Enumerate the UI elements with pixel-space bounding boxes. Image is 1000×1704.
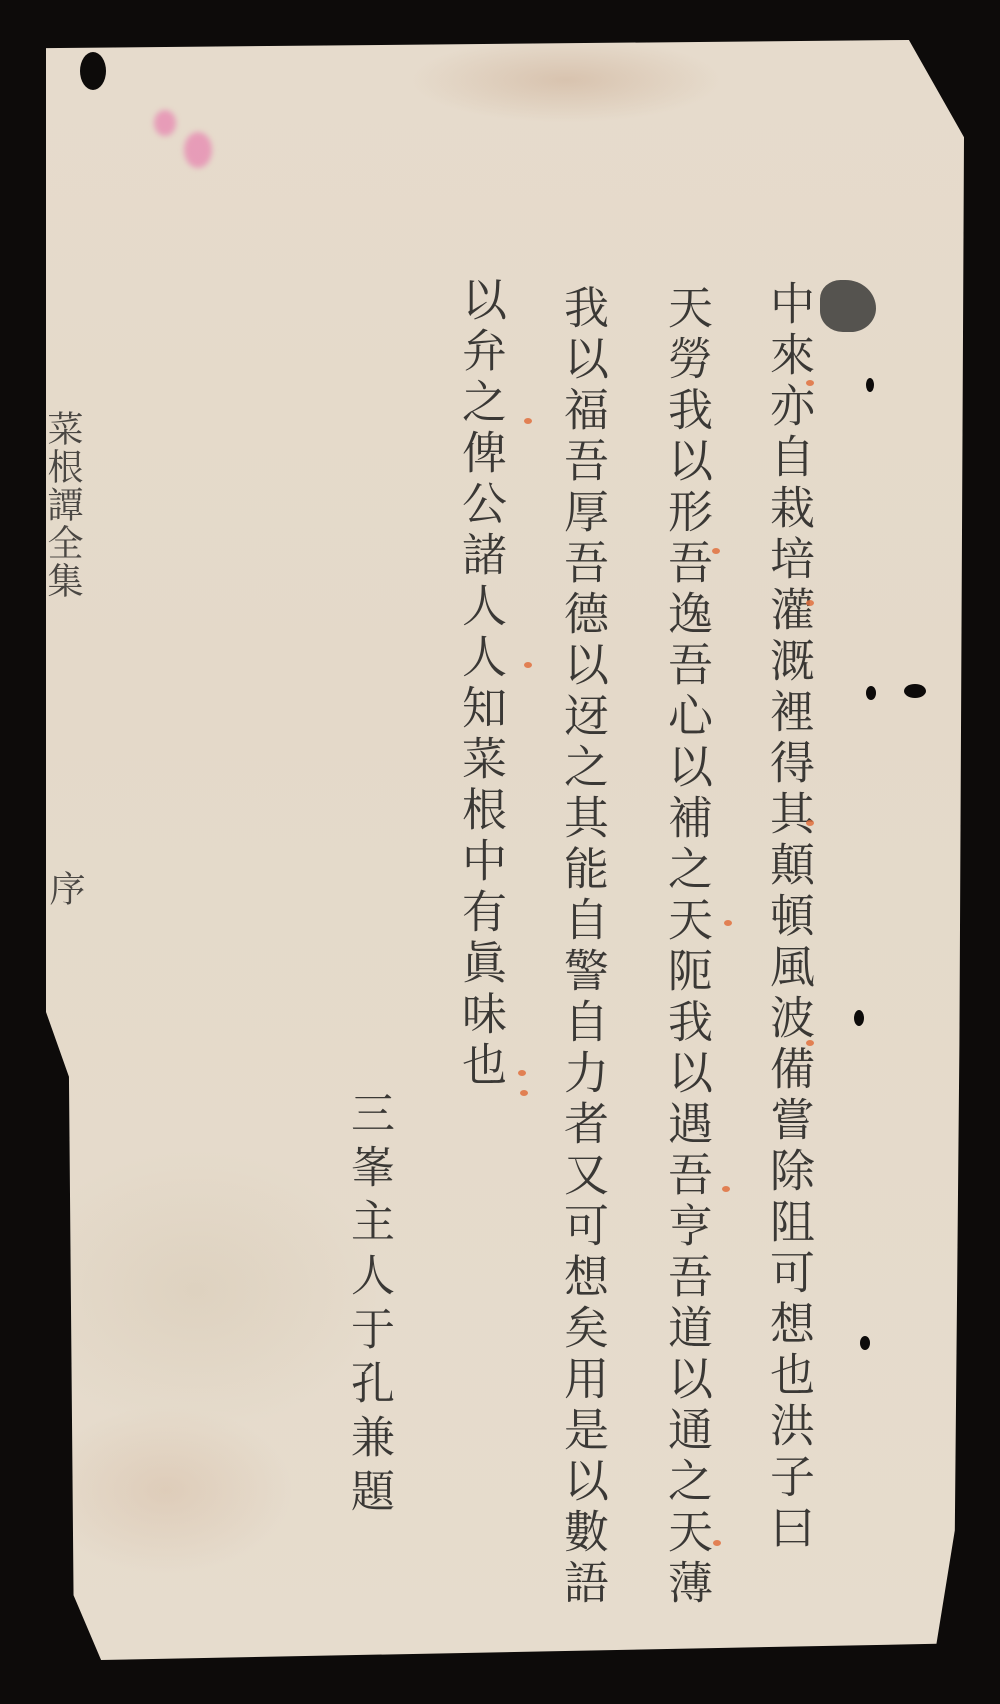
punctuation-mark (722, 1186, 730, 1192)
worm-hole (904, 684, 926, 698)
worm-hole (866, 686, 876, 700)
punctuation-mark (806, 1040, 814, 1046)
punctuation-mark (520, 1090, 528, 1096)
pink-stain (154, 110, 176, 136)
text-column-2: 天勞我以形吾逸吾心以補之天阨我以遇吾亨吾道以通之天薄 (664, 284, 709, 1610)
text-column-1: 中來亦自栽培灌溉裡得其顛頓風波備嘗除阻可想也洪子曰 (766, 280, 811, 1555)
punctuation-mark (524, 662, 532, 668)
margin-title: 菜根譚全集 (44, 410, 80, 600)
margin-section-label: 序 (46, 870, 82, 908)
punctuation-mark (713, 1540, 721, 1546)
punctuation-mark (724, 920, 732, 926)
punctuation-mark (806, 820, 814, 826)
pink-stain (184, 132, 212, 168)
punctuation-mark (524, 418, 532, 424)
punctuation-mark (806, 380, 814, 386)
signature: 三峯主人于孔兼題 (346, 1090, 390, 1522)
worm-hole (80, 52, 106, 90)
worm-hole (866, 378, 874, 392)
text-column-4: 以弁之俾公諸人人知菜根中有眞味也 (458, 276, 503, 1092)
punctuation-mark (518, 1070, 526, 1076)
punctuation-mark (712, 548, 720, 554)
worm-hole (854, 1010, 864, 1026)
punctuation-mark (806, 600, 814, 606)
worm-hole (860, 1336, 870, 1350)
text-column-3: 我以福吾厚吾德以迓之其能自警自力者又可想矣用是以數語 (560, 284, 605, 1610)
